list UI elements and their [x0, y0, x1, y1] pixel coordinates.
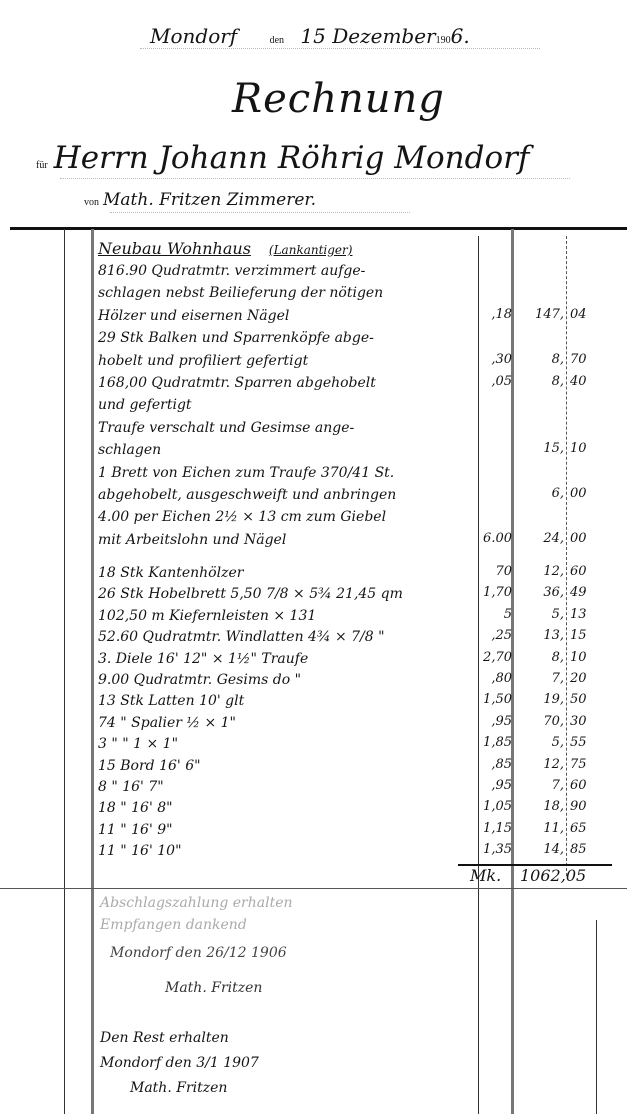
line-item-amount: [518, 396, 610, 411]
line-item-rate: 1,85: [460, 735, 512, 750]
amount-pfennig: 75: [564, 757, 610, 772]
amount-pfennig: 20: [564, 671, 610, 686]
year-prefix: 190: [436, 35, 451, 46]
amount-pfennig: 15: [564, 628, 610, 643]
amount-mark: 147,: [518, 307, 564, 322]
top-rule: [10, 227, 627, 230]
line-item-rate: 70: [460, 564, 512, 579]
amount-pfennig: 00: [564, 531, 610, 546]
line-item-text: 13 Stk Latten 10' glt: [98, 690, 244, 712]
amount-pfennig: 30: [564, 714, 610, 729]
line-item-text: 29 Stk Balken und Sparrenköpfe abge-: [98, 327, 374, 349]
line-item-amount: 36,49: [518, 585, 610, 600]
amount-pfennig: 49: [564, 585, 610, 600]
faded-receipt-signature: Math. Fritzen: [165, 980, 262, 996]
line-item-rate: 1,50: [460, 692, 512, 707]
total-pf: 05: [566, 866, 586, 885]
line-item-amount: 13,15: [518, 628, 610, 643]
line-item-text: schlagen: [98, 439, 161, 461]
amount-pfennig: 13: [564, 607, 610, 622]
line-item-text: 9.00 Qudratmtr. Gesims do ": [98, 669, 301, 691]
line-item-rate: 1,15: [460, 821, 512, 836]
line-item-amount: 24,00: [518, 531, 610, 546]
amount-mark: 24,: [518, 531, 564, 546]
amount-pfennig: 00: [564, 486, 610, 501]
total-mark: 1062,: [520, 866, 566, 885]
line-item-rate: ,95: [460, 778, 512, 793]
amount-mark: 11,: [518, 821, 564, 836]
line-item-rate: ,95: [460, 714, 512, 729]
line-item-text: 816.90 Qudratmtr. verzimmert aufge-: [98, 260, 365, 282]
amount-pfennig: 60: [564, 564, 610, 579]
line-item-amount: 12,75: [518, 757, 610, 772]
amount-mark: 12,: [518, 564, 564, 579]
section-note: (Lankantiger): [269, 243, 353, 257]
issuer-name: Math. Fritzen Zimmerer.: [103, 190, 316, 210]
amount-pfennig: 40: [564, 374, 610, 389]
amount-pfennig: 04: [564, 307, 610, 322]
line-item-rate: 6.00: [460, 531, 512, 546]
bottom-rule: [0, 888, 627, 889]
amount-mark: 70,: [518, 714, 564, 729]
amount-mark: 8,: [518, 352, 564, 367]
line-item-rate: ,18: [460, 307, 512, 322]
recipient-name: Herrn Johann Röhrig Mondorf: [54, 140, 530, 176]
dotted-rule: [60, 178, 570, 179]
amount-mark: 36,: [518, 585, 564, 600]
line-item-rate: ,25: [460, 628, 512, 643]
line-item-amount: 8,70: [518, 352, 610, 367]
section-title: Neubau Wohnhaus: [98, 239, 251, 258]
amount-pfennig: 90: [564, 799, 610, 814]
issuer-line: vonMath. Fritzen Zimmerer.: [84, 190, 316, 210]
section-heading: Neubau Wohnhaus(Lankantiger): [98, 238, 352, 260]
line-item-amount: [518, 329, 610, 344]
amount-mark: 15,: [518, 441, 564, 456]
line-item-amount: 5,13: [518, 607, 610, 622]
line-item-text: 18 " 16' 8": [98, 797, 173, 819]
amount-mark: 8,: [518, 374, 564, 389]
margin-line: [64, 229, 65, 1114]
faded-receipt-line-2: Empfangen dankend: [100, 917, 247, 933]
line-item-amount: [518, 262, 610, 277]
line-item-rate: 1,35: [460, 842, 512, 857]
faded-receipt-line-1: Abschlagszahlung erhalten: [100, 895, 293, 911]
line-item-text: 15 Bord 16' 6": [98, 755, 201, 777]
line-item-text: 74 " Spalier ½ × 1": [98, 712, 236, 734]
line-item-amount: 8,40: [518, 374, 610, 389]
line-item-amount: [518, 419, 610, 434]
line-item-amount: 6,00: [518, 486, 610, 501]
right-line-lower: [596, 920, 597, 1114]
line-item-text: 11 " 16' 10": [98, 840, 182, 862]
line-item-rate: ,80: [460, 671, 512, 686]
den-label: den: [270, 35, 284, 46]
line-item-amount: 5,55: [518, 735, 610, 750]
line-item-text: hobelt und profiliert gefertigt: [98, 350, 308, 372]
line-item-amount: 7,60: [518, 778, 610, 793]
amount-mark: 19,: [518, 692, 564, 707]
line-item-text: 52.60 Qudratmtr. Windlatten 4¾ × 7/8 ": [98, 626, 385, 648]
dotted-rule: [110, 212, 410, 213]
total-label: Mk.: [470, 866, 501, 885]
line-item-text: und gefertigt: [98, 394, 192, 416]
line-item-amount: 11,65: [518, 821, 610, 836]
line-item-text: mit Arbeitslohn und Nägel: [98, 529, 286, 551]
line-item-text: 1 Brett von Eichen zum Traufe 370/41 St.: [98, 462, 394, 484]
line-item-rate: 2,70: [460, 650, 512, 665]
amount-pfennig: 10: [564, 650, 610, 665]
line-item-rate: ,85: [460, 757, 512, 772]
line-item-amount: 147,04: [518, 307, 610, 322]
line-item-rate: 1,70: [460, 585, 512, 600]
place: Mondorf: [150, 24, 237, 48]
dotted-rule: [140, 48, 540, 49]
line-item-text: 3. Diele 16' 12" × 1½" Traufe: [98, 648, 308, 670]
amount-mark: 7,: [518, 671, 564, 686]
line-item-text: schlagen nebst Beilieferung der nötigen: [98, 282, 383, 304]
faded-receipt-date: Mondorf den 26/12 1906: [110, 945, 287, 961]
amount-pfennig: 85: [564, 842, 610, 857]
amount-mark: 12,: [518, 757, 564, 772]
line-item-text: abgehobelt, ausgeschweift und anbringen: [98, 484, 396, 506]
place-date-line: Mondorf den 15 Dezember1906.: [150, 24, 470, 48]
line-item-rate: ,05: [460, 374, 512, 389]
recipient-line: fürHerrn Johann Röhrig Mondorf: [36, 140, 529, 176]
line-item-text: 168,00 Qudratmtr. Sparren abgehobelt: [98, 372, 376, 394]
line-item-text: 3 " " 1 × 1": [98, 733, 178, 755]
amount-mark: 18,: [518, 799, 564, 814]
line-item-amount: [518, 508, 610, 523]
amount-mark: 8,: [518, 650, 564, 665]
year-suffix: 6.: [451, 24, 470, 48]
amount-pfennig: 10: [564, 441, 610, 456]
amount-mark: 13,: [518, 628, 564, 643]
amount-mark: 7,: [518, 778, 564, 793]
line-item-amount: [518, 464, 610, 479]
amount-mark: 6,: [518, 486, 564, 501]
amount-pfennig: 60: [564, 778, 610, 793]
amount-pfennig: 55: [564, 735, 610, 750]
amount-pfennig: 70: [564, 352, 610, 367]
line-item-text: 4.00 per Eichen 2½ × 13 cm zum Giebel: [98, 506, 386, 528]
amount-mark: 5,: [518, 735, 564, 750]
amount-mark: 14,: [518, 842, 564, 857]
line-item-text: 102,50 m Kiefernleisten × 131: [98, 605, 316, 627]
total-value: 1062,05: [520, 866, 586, 885]
line-item-text: 26 Stk Hobelbrett 5,50 7/8 × 5¾ 21,45 qm: [98, 583, 403, 605]
line-item-text: Hölzer und eisernen Nägel: [98, 305, 289, 327]
line-item-text: 8 " 16' 7": [98, 776, 164, 798]
line-item-amount: 15,10: [518, 441, 610, 456]
fur-label: für: [36, 160, 48, 171]
line-item-amount: 7,20: [518, 671, 610, 686]
amount-pfennig: 50: [564, 692, 610, 707]
document-title: Rechnung: [232, 76, 445, 122]
line-item-text: Traufe verschalt und Gesimse ange-: [98, 417, 354, 439]
description-left-line: [91, 229, 94, 1114]
final-receipt-date: Mondorf den 3/1 1907: [100, 1055, 259, 1071]
final-receipt-signature: Math. Fritzen: [130, 1080, 227, 1096]
von-label: von: [84, 197, 99, 208]
line-item-rate: 5: [460, 607, 512, 622]
line-item-amount: 14,85: [518, 842, 610, 857]
line-item-amount: 12,60: [518, 564, 610, 579]
line-item-amount: 70,30: [518, 714, 610, 729]
line-item-text: 11 " 16' 9": [98, 819, 173, 841]
line-item-amount: [518, 284, 610, 299]
line-item-text: 18 Stk Kantenhölzer: [98, 562, 243, 584]
line-item-amount: 19,50: [518, 692, 610, 707]
line-item-amount: 8,10: [518, 650, 610, 665]
line-item-rate: ,30: [460, 352, 512, 367]
amount-mark: 5,: [518, 607, 564, 622]
amount-pfennig: 65: [564, 821, 610, 836]
line-item-rate: 1,05: [460, 799, 512, 814]
line-item-amount: 18,90: [518, 799, 610, 814]
final-receipt-line: Den Rest erhalten: [100, 1030, 229, 1046]
date: 15 Dezember: [300, 24, 435, 48]
